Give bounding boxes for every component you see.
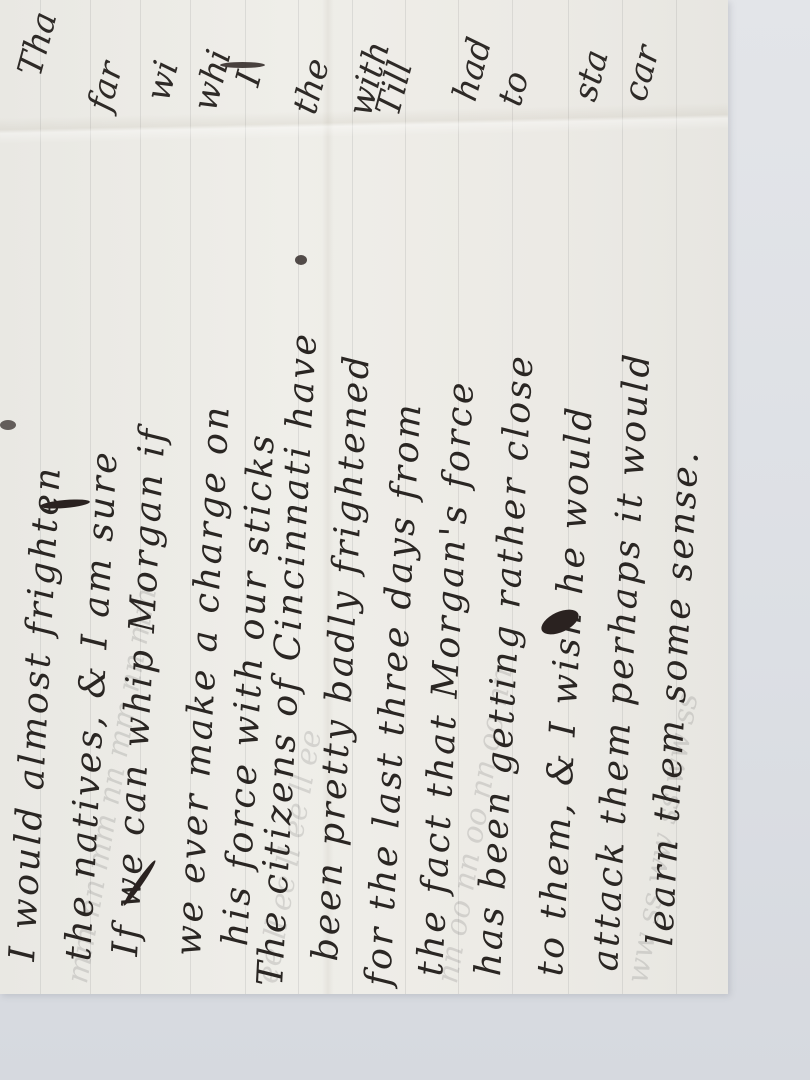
top-fragment: I bbox=[228, 67, 270, 90]
top-fragment: wi bbox=[138, 56, 187, 105]
letter-line: I would almost frighten bbox=[2, 464, 69, 962]
ink-blot bbox=[220, 62, 265, 68]
letter-paper: mm nn mm nn mm nn mm ee ll ee ll ee ll e… bbox=[0, 0, 728, 994]
top-fragment: Tha bbox=[10, 7, 65, 80]
top-fragment: sta bbox=[565, 45, 617, 105]
ink-spot bbox=[295, 255, 307, 265]
top-fragment: to bbox=[490, 67, 537, 110]
top-fragment: far bbox=[80, 58, 131, 116]
ink-spot bbox=[0, 420, 16, 430]
letter-line: has been getting rather close bbox=[468, 352, 542, 977]
